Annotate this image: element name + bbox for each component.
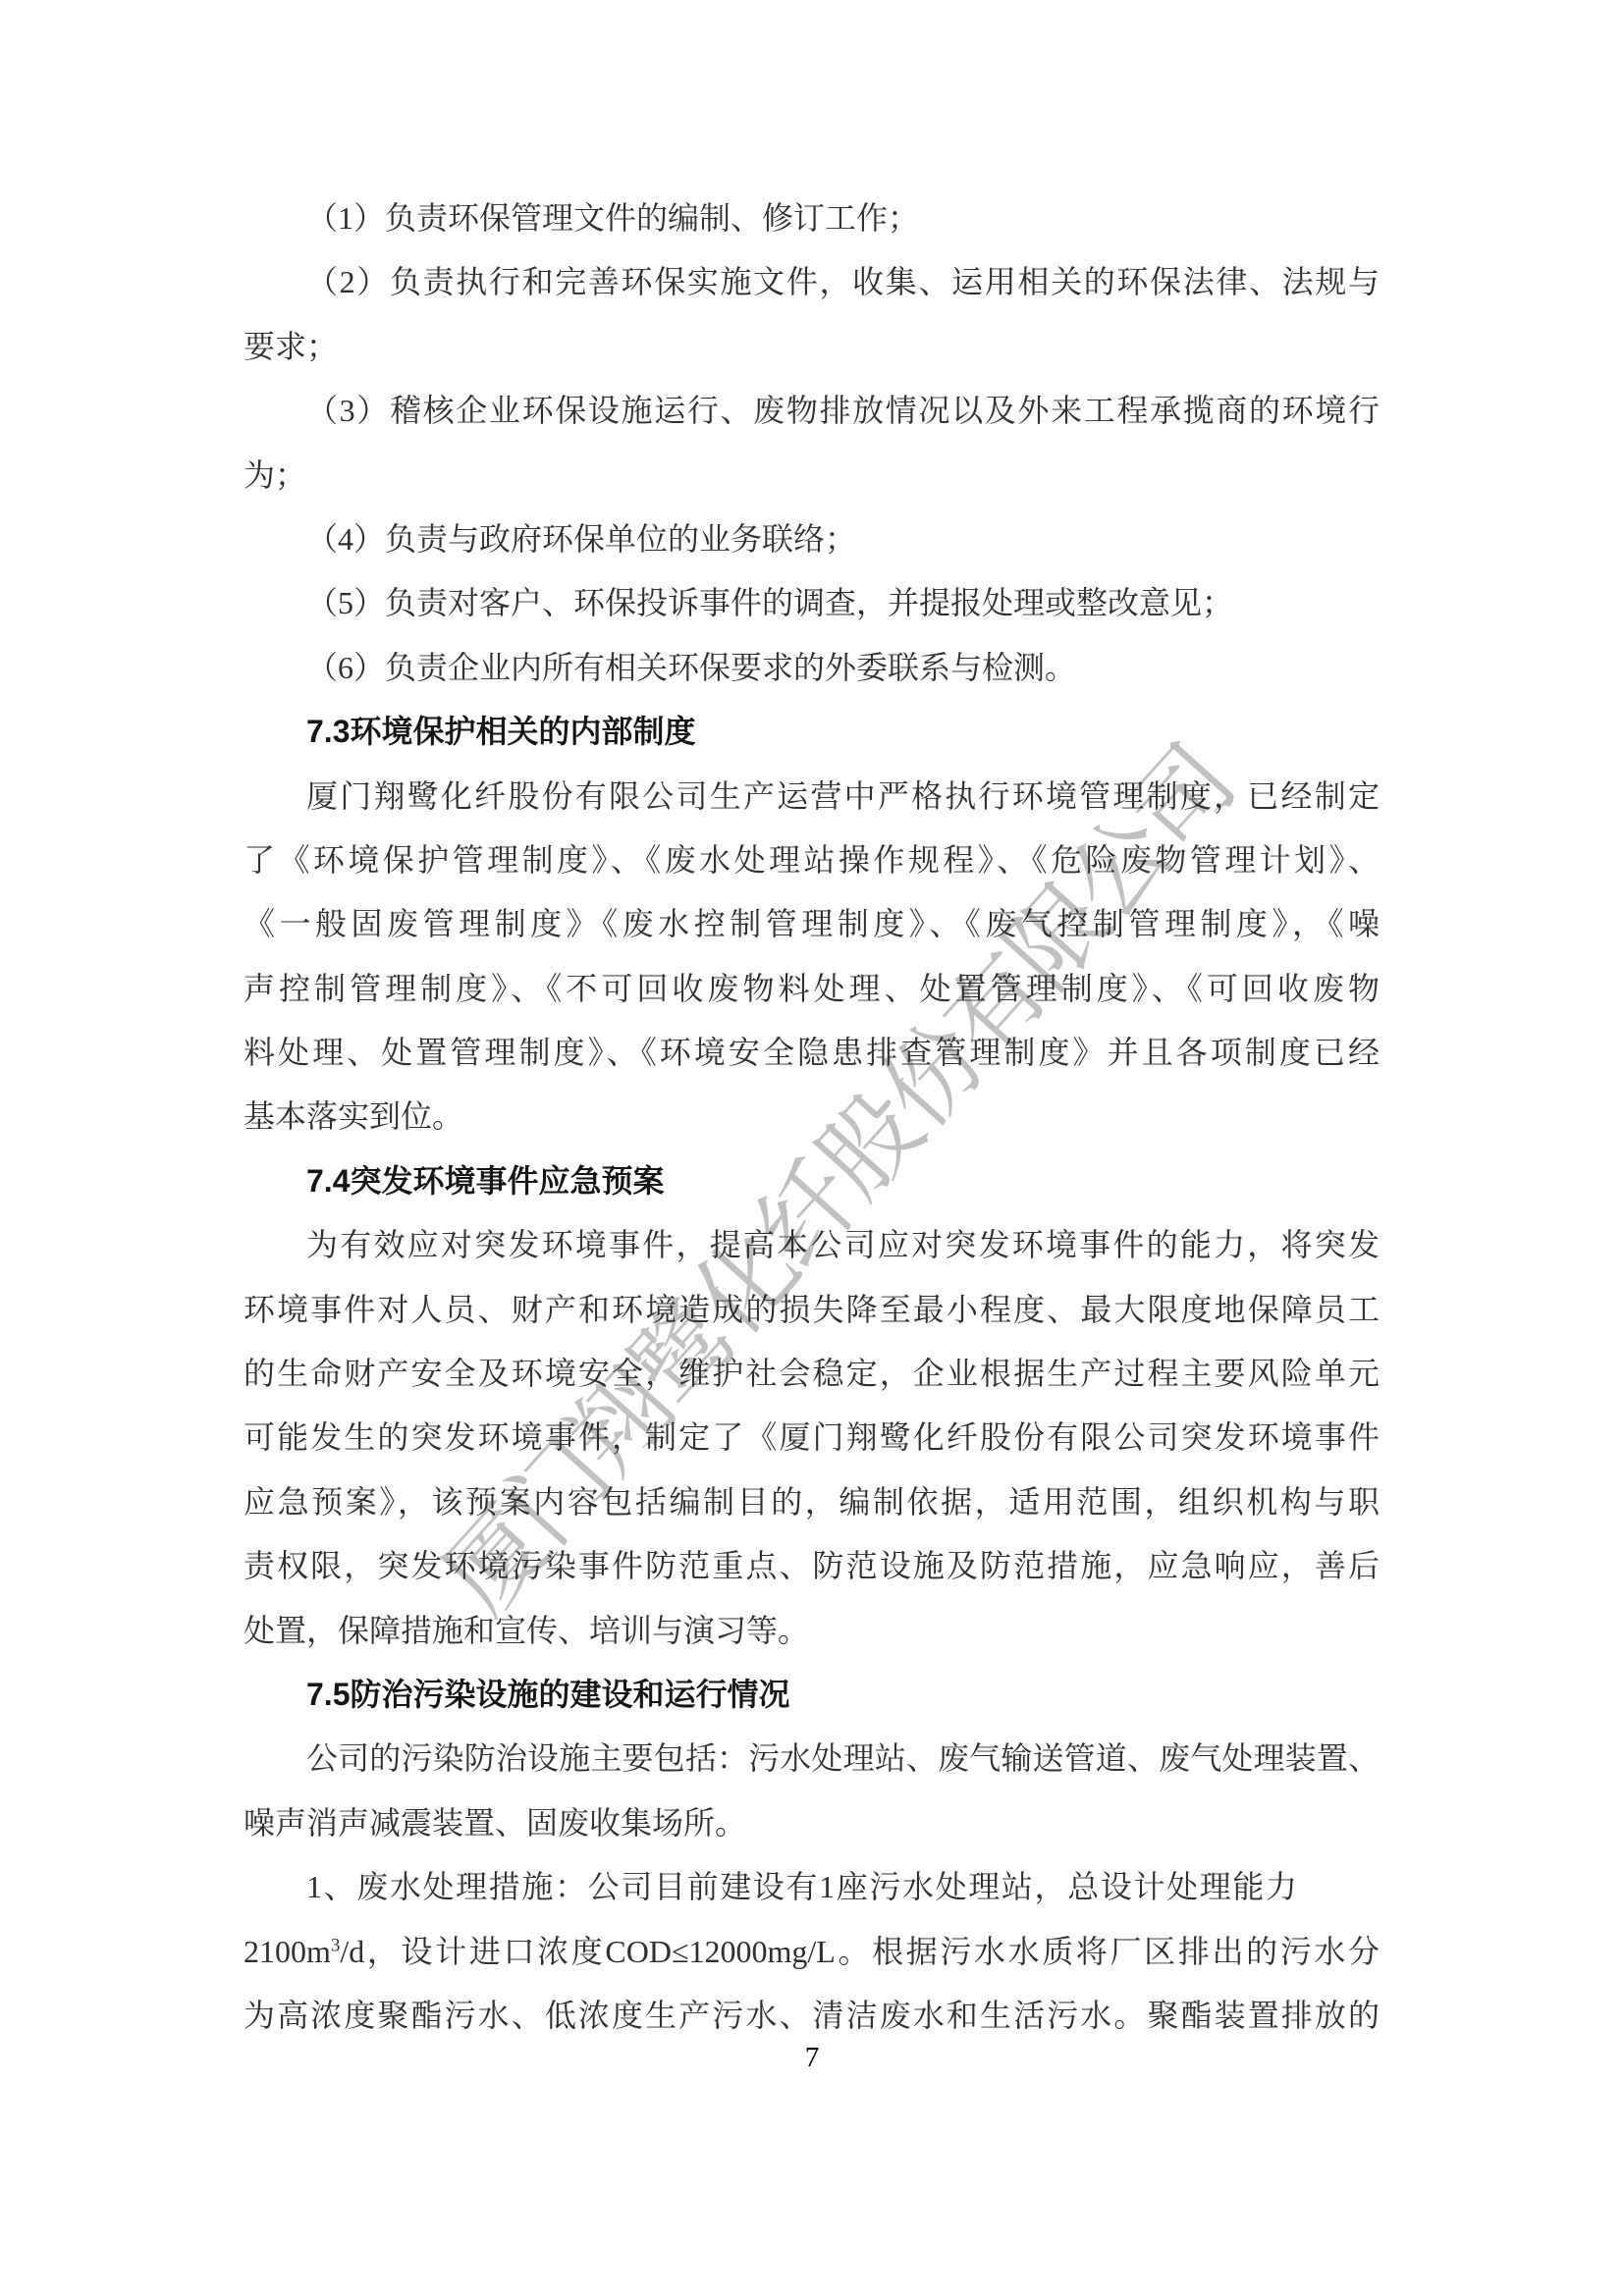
superscript-text: 3 <box>331 1935 341 1955</box>
text-line: 为有效应对突发环境事件，提高本公司应对突发环境事件的能力，将突发 <box>244 1213 1380 1277</box>
text-line: 应急预案》，该预案内容包括编制目的，编制依据，适用范围，组织机构与职 <box>244 1470 1380 1534</box>
text-line: （2）负责执行和完善环保实施文件，收集、运用相关的环保法律、法规与 <box>244 250 1380 314</box>
page-number: 7 <box>0 2044 1624 2072</box>
text-line: 《一般固废管理制度》《废水控制管理制度》、《废气控制管理制度》，《噪 <box>244 892 1380 956</box>
text-segment: 2100m <box>244 1934 331 1969</box>
document-body: （1）负责环保管理文件的编制、修订工作；（2）负责执行和完善环保实施文件，收集、… <box>244 187 1380 2048</box>
text-line: 可能发生的突发环境事件，制定了《厦门翔鹭化纤股份有限公司突发环境事件 <box>244 1406 1380 1469</box>
text-line: 料处理、处置管理制度》、《环境安全隐患排查管理制度》并且各项制度已经 <box>244 1021 1380 1085</box>
text-line: 为高浓度聚酯污水、低浓度生产污水、清洁废水和生活污水。聚酯装置排放的 <box>244 1984 1380 2048</box>
text-line: （1）负责环保管理文件的编制、修订工作； <box>244 187 1380 250</box>
text-line: 2100m3/d，设计进口浓度COD≤12000mg/L。根据污水水质将厂区排出… <box>244 1920 1380 1984</box>
section-heading: 7.4突发环境事件应急预案 <box>244 1149 1380 1213</box>
text-line: 1、废水处理措施：公司目前建设有1座污水处理站，总设计处理能力 <box>244 1855 1380 1919</box>
text-line: 为； <box>244 444 1380 507</box>
section-heading: 7.5防治污染设施的建设和运行情况 <box>244 1663 1380 1727</box>
text-line: （6）负责企业内所有相关环保要求的外委联系与检测。 <box>244 636 1380 700</box>
text-line: 的生命财产安全及环境安全，维护社会稳定，企业根据生产过程主要风险单元 <box>244 1342 1380 1406</box>
text-line: （3）稽核企业环保设施运行、废物排放情况以及外来工程承揽商的环境行 <box>244 379 1380 443</box>
text-line: 环境事件对人员、财产和环境造成的损失降至最小程度、最大限度地保障员工 <box>244 1278 1380 1342</box>
text-line: 噪声消声减震装置、固废收集场所。 <box>244 1791 1380 1855</box>
text-line: 基本落实到位。 <box>244 1085 1380 1148</box>
text-line: 要求； <box>244 315 1380 379</box>
text-line: 声控制管理制度》、《不可回收废物料处理、处置管理制度》、《可回收废物 <box>244 957 1380 1021</box>
text-line: 公司的污染防治设施主要包括：污水处理站、废气输送管道、废气处理装置、 <box>244 1727 1380 1790</box>
text-line: （4）负责与政府环保单位的业务联络； <box>244 507 1380 571</box>
text-line: 了《环境保护管理制度》、《废水处理站操作规程》、《危险废物管理计划》、 <box>244 828 1380 892</box>
text-segment: /d，设计进口浓度COD≤12000mg/L。根据污水水质将厂区排出的污水分 <box>340 1934 1380 1969</box>
text-line: 责权限，突发环境污染事件防范重点、防范设施及防范措施，应急响应，善后 <box>244 1534 1380 1598</box>
text-line: 处置，保障措施和宣传、培训与演习等。 <box>244 1599 1380 1663</box>
text-line: （5）负责对客户、环保投诉事件的调查，并提报处理或整改意见； <box>244 571 1380 635</box>
section-heading: 7.3环境保护相关的内部制度 <box>244 700 1380 764</box>
text-line: 厦门翔鹭化纤股份有限公司生产运营中严格执行环境管理制度，已经制定 <box>244 765 1380 828</box>
document-page: 厦门翔鹭化纤股份有限公司 （1）负责环保管理文件的编制、修订工作；（2）负责执行… <box>0 0 1624 2296</box>
